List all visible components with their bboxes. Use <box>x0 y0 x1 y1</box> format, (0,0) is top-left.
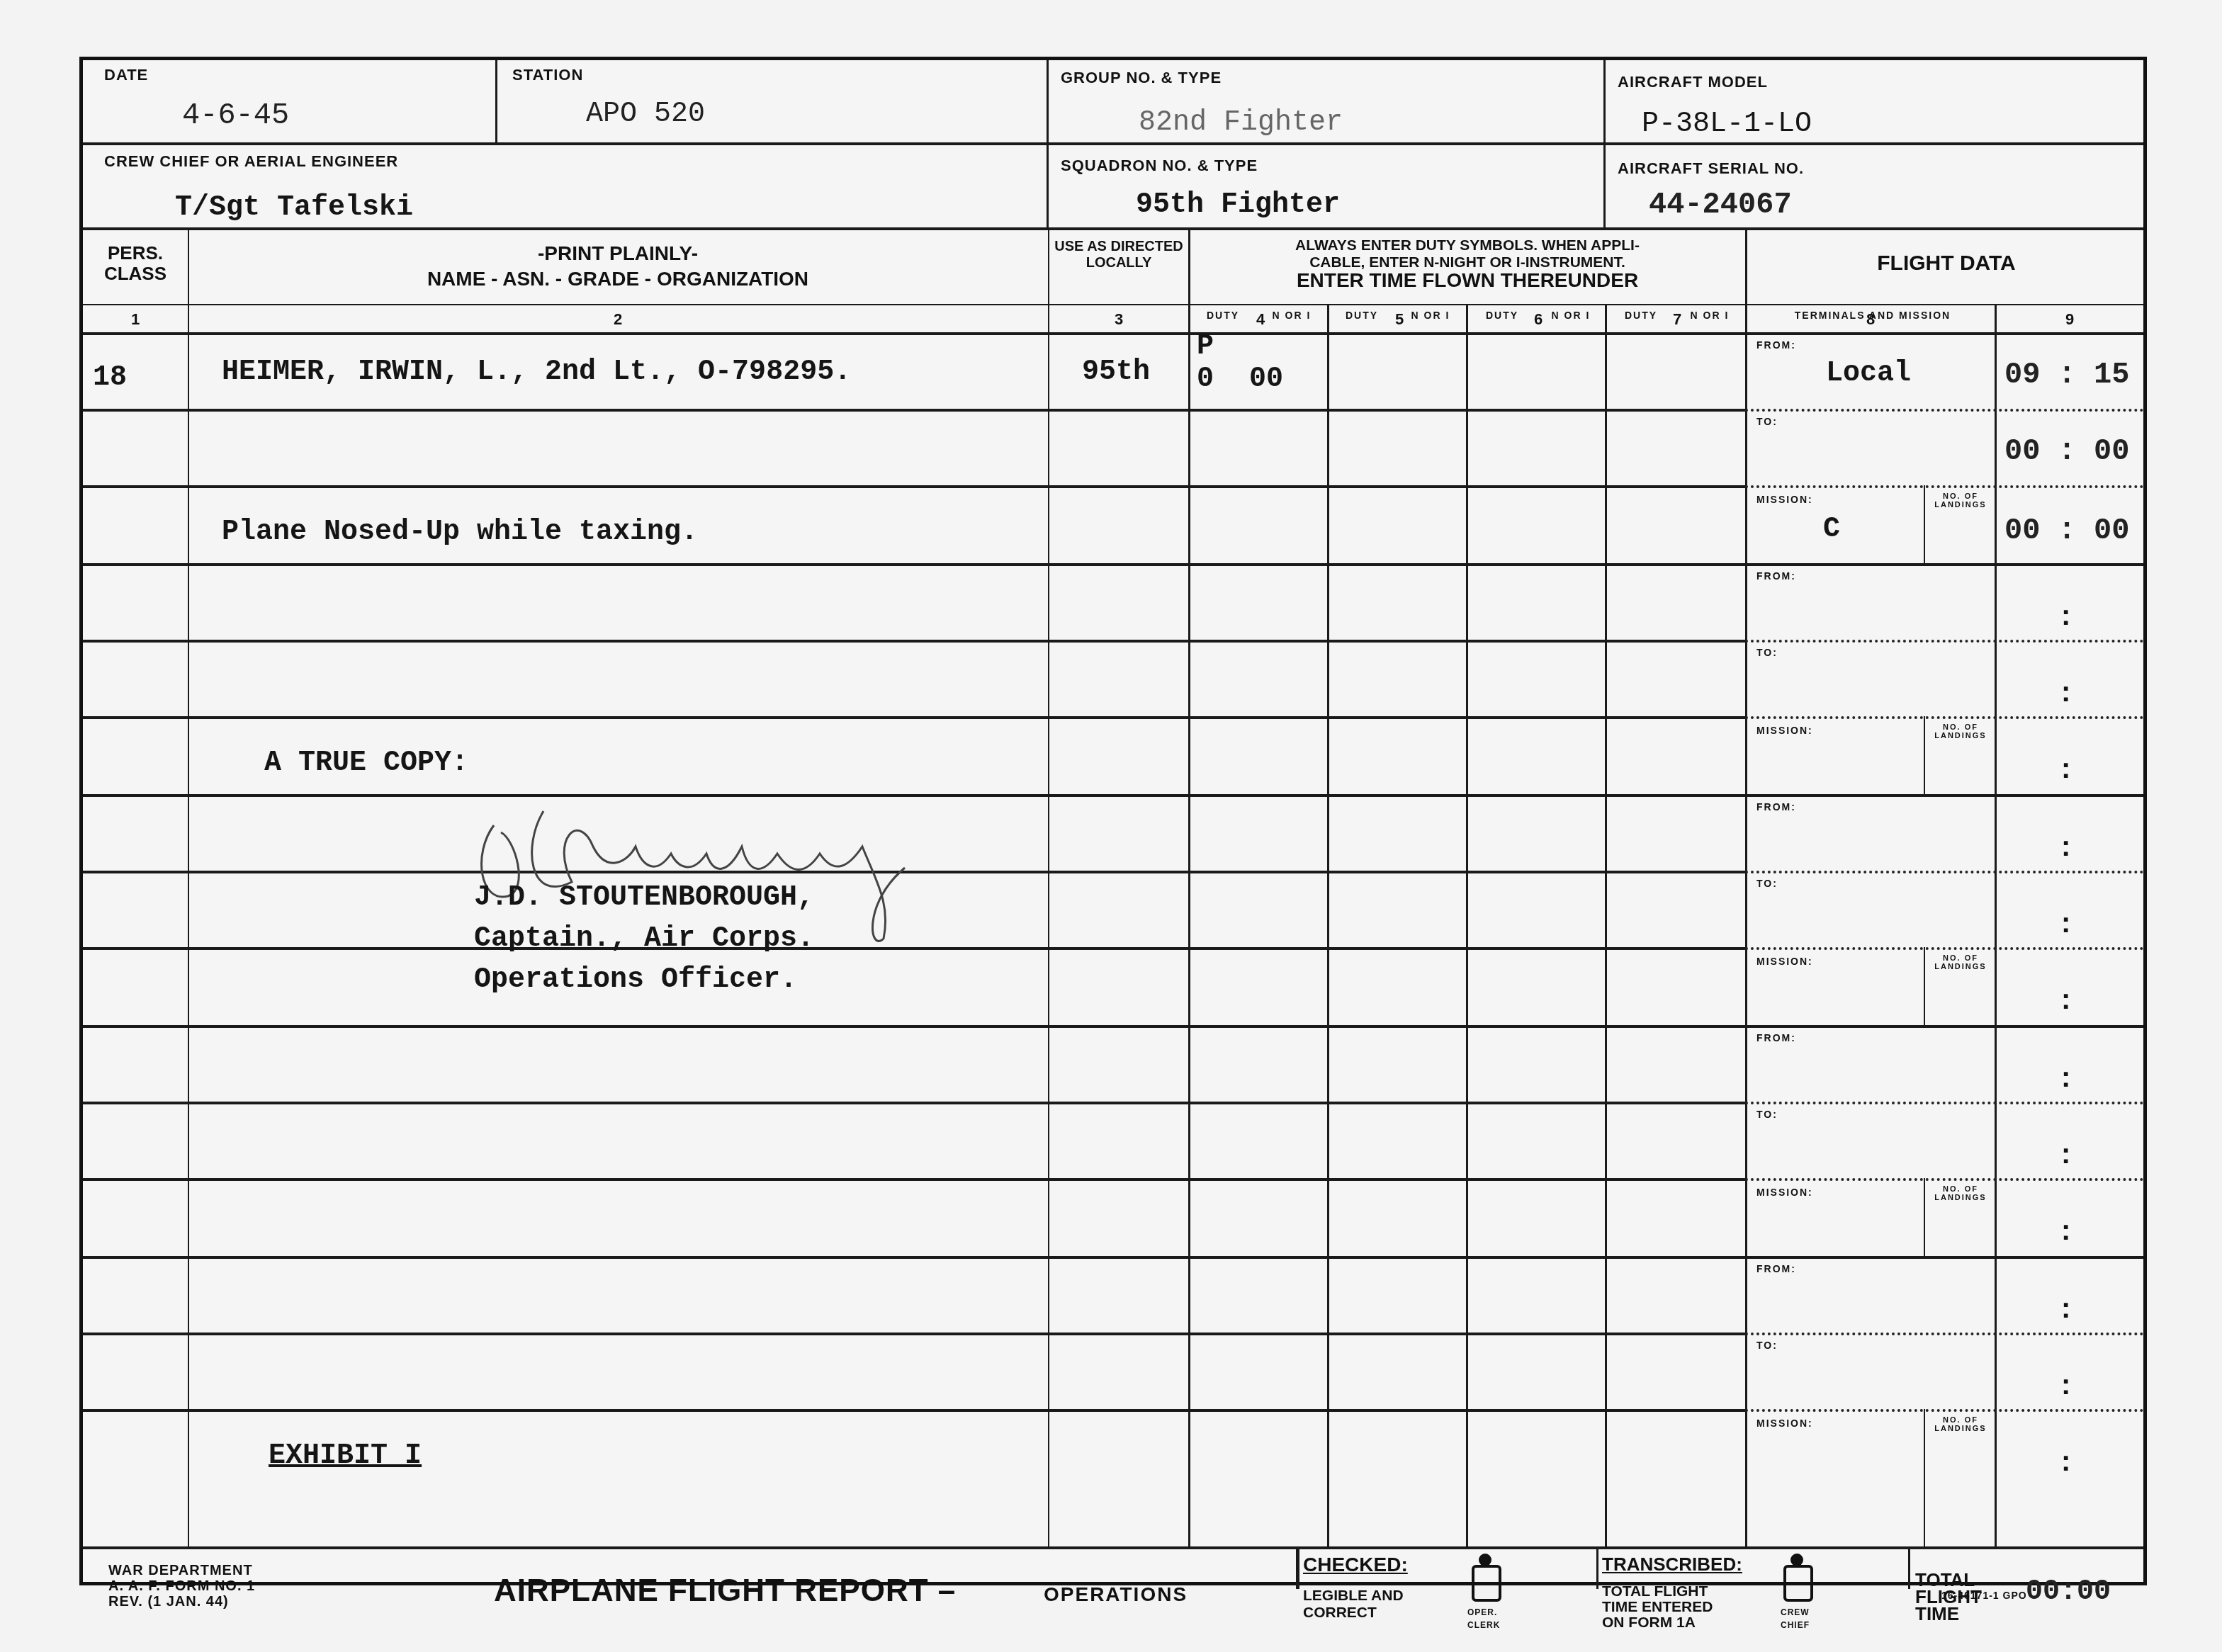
landings-label-4: NO. OF LANDINGS <box>1928 1185 1993 1202</box>
row-line <box>83 640 1745 643</box>
landings-label-5: NO. OF LANDINGS <box>1928 1416 1993 1433</box>
from-time-1[interactable]: 09 : 15 <box>2004 358 2129 392</box>
mission-label-2: MISSION: <box>1756 725 1813 736</box>
dotted-divider <box>1745 871 2143 873</box>
form-title: AIRPLANE FLIGHT REPORT – <box>494 1573 956 1609</box>
divider <box>1297 1549 1299 1589</box>
time-colon: : <box>2061 677 2070 708</box>
row-line <box>83 1333 1745 1335</box>
signer-name: J.D. STOUTENBOROUGH, <box>474 882 814 914</box>
aircraft-model-value[interactable]: P-38L-1-LO <box>1642 108 1812 140</box>
to-label-4: TO: <box>1756 1109 1778 1120</box>
crew-member-name[interactable]: HEIMER, IRWIN, L., 2nd Lt., O-798295. <box>222 356 851 388</box>
row-line <box>83 1025 2143 1028</box>
row-line <box>83 1256 2143 1259</box>
signer-rank: Captain., Air Corps. <box>474 923 814 955</box>
war-department-1: WAR DEPARTMENT <box>108 1563 253 1578</box>
time-colon: : <box>2061 600 2070 632</box>
to-label-1: TO: <box>1756 416 1778 427</box>
aircraft-serial-label: AIRCRAFT SERIAL No. <box>1618 159 1804 178</box>
divider <box>83 227 2143 230</box>
landings-label-2: NO. OF LANDINGS <box>1928 723 1993 740</box>
signer-title: Operations Officer. <box>474 964 797 996</box>
group-value[interactable]: 82nd Fighter <box>1139 107 1343 139</box>
total-label-3: TIME <box>1915 1605 1959 1623</box>
print-code: 16-46171-1 GPO <box>1941 1590 2027 1601</box>
divider <box>1924 1409 1925 1546</box>
station-value[interactable]: APO 520 <box>586 98 705 130</box>
time-colon: : <box>2061 753 2070 785</box>
col-num-7: 7 <box>1608 311 1747 328</box>
form-subtitle: OPERATIONS <box>1044 1583 1188 1606</box>
dotted-divider <box>1745 1409 2143 1412</box>
col-num-2: 2 <box>189 311 1047 328</box>
transcribed-sub-2: TIME ENTERED <box>1602 1599 1713 1616</box>
pers-class-value[interactable]: 18 <box>93 362 127 394</box>
use-locally-value[interactable]: 95th <box>1082 356 1150 388</box>
checked-sub-2: CORRECT <box>1303 1605 1377 1622</box>
divider <box>495 60 497 142</box>
from-label-2: FROM: <box>1756 570 1796 582</box>
divider <box>1047 60 1049 227</box>
col-num-8: 8 <box>1748 311 1993 328</box>
from-label-1: FROM: <box>1756 339 1796 351</box>
print-plainly-header: -PRINT PLAINLY- <box>189 243 1047 265</box>
aircraft-model-label: AIRCRAFT MODEL <box>1618 73 1768 91</box>
pers-class-header: PERS. CLASS <box>83 243 188 283</box>
time-colon: : <box>2061 1138 2070 1170</box>
dotted-divider <box>1745 1178 2143 1181</box>
divider <box>83 332 2143 335</box>
col-num-3: 3 <box>1049 311 1188 328</box>
row-line <box>83 1102 1745 1104</box>
duty-instructions-2: CABLE, ENTER N-NIGHT OR I-INSTRUMENT. <box>1191 254 1744 271</box>
time-colon: : <box>2061 984 2070 1016</box>
landings-label-1: NO. OF LANDINGS <box>1928 492 1993 509</box>
crew-chief-checkbox-icon[interactable] <box>1783 1565 1813 1602</box>
station-label: STATION <box>512 66 583 84</box>
transcribed-sub-1: TOTAL FLIGHT <box>1602 1583 1708 1600</box>
col-num-1: 1 <box>83 311 188 328</box>
duty-instructions-3: ENTER TIME FLOWN THEREUNDER <box>1191 270 1744 292</box>
flight-data-header: FLIGHT DATA <box>1748 251 2145 275</box>
dotted-divider <box>1745 1102 2143 1104</box>
to-label-2: TO: <box>1756 647 1778 658</box>
divider <box>1924 716 1925 794</box>
date-value[interactable]: 4-6-45 <box>182 98 289 132</box>
time-colon: : <box>2061 831 2070 863</box>
dotted-divider <box>1745 716 2143 719</box>
divider <box>1188 227 1190 1546</box>
remark-text: Plane Nosed-Up while taxing. <box>222 516 698 548</box>
crew-chief-value[interactable]: T/Sgt Tafelski <box>175 192 413 224</box>
transcribed-sub-3: ON FORM 1A <box>1602 1614 1696 1631</box>
divider <box>1048 227 1049 1546</box>
war-department-2: A. A. F. FORM No. 1 <box>108 1579 255 1594</box>
mission-label-3: MISSION: <box>1756 956 1813 967</box>
dotted-divider <box>1745 1333 2143 1335</box>
divider <box>83 304 2143 305</box>
group-label: GROUP No. & TYPE <box>1061 69 1222 87</box>
squadron-label: SQUADRON No. & TYPE <box>1061 157 1258 175</box>
duty-time-hours[interactable]: 0 <box>1197 363 1214 395</box>
from-label-5: FROM: <box>1756 1263 1796 1274</box>
divider <box>1924 1178 1925 1256</box>
oper-clerk-label-1: OPER. <box>1467 1607 1497 1617</box>
divider <box>1924 485 1925 563</box>
divider <box>1603 60 1606 227</box>
divider <box>1908 1549 1910 1589</box>
true-copy-text: A TRUE COPY: <box>264 747 468 779</box>
airplane-flight-report-form: DATE 4-6-45 STATION APO 520 GROUP No. & … <box>79 57 2147 1585</box>
war-department-3: REV. (1 JAN. 44) <box>108 1595 229 1609</box>
col-num-6: 6 <box>1469 311 1608 328</box>
row-line <box>83 794 2143 797</box>
time-colon: : <box>2061 1446 2070 1478</box>
divider <box>1924 947 1925 1025</box>
row-line <box>83 1178 1745 1181</box>
time-colon: : <box>2061 1062 2070 1094</box>
checked-sub-1: LEGIBLE AND <box>1303 1588 1404 1605</box>
dotted-divider <box>1745 640 2143 643</box>
squadron-value[interactable]: 95th Fighter <box>1136 189 1340 221</box>
checked-label: CHECKED: <box>1303 1554 1408 1576</box>
divider <box>1327 304 1329 1546</box>
col-num-9: 9 <box>1996 311 2143 328</box>
divider <box>1605 304 1607 1546</box>
dotted-divider <box>1745 485 2143 488</box>
mission-label-4: MISSION: <box>1756 1187 1813 1198</box>
from-label-4: FROM: <box>1756 1032 1796 1043</box>
dotted-divider <box>1745 409 2143 412</box>
divider <box>1995 304 1997 1546</box>
transcribed-label: TRANSCRIBED: <box>1602 1554 1742 1575</box>
col-num-5: 5 <box>1330 311 1469 328</box>
divider <box>1466 304 1468 1546</box>
crew-chief-label-1: CREW <box>1781 1607 1810 1617</box>
from-value-1[interactable]: Local <box>1826 358 1911 390</box>
divider <box>188 227 189 1546</box>
name-asn-grade-header: NAME - ASN. - GRADE - ORGANIZATION <box>189 268 1047 290</box>
dotted-divider <box>1745 947 2143 950</box>
divider <box>83 142 2143 145</box>
divider <box>1745 227 1747 1546</box>
mission-label-1: MISSION: <box>1756 494 1813 505</box>
time-colon: : <box>2061 1215 2070 1247</box>
row-line <box>83 716 1745 719</box>
total-flight-time-value[interactable]: 00:00 <box>2026 1576 2111 1608</box>
duty-instructions-1: ALWAYS ENTER DUTY SYMBOLS. WHEN APPLI- <box>1191 237 1744 254</box>
mission-value-1[interactable]: C <box>1823 514 1840 545</box>
mission-label-5: MISSION: <box>1756 1418 1813 1429</box>
from-label-3: FROM: <box>1756 801 1796 813</box>
time-colon: : <box>2061 907 2070 939</box>
row-line <box>83 1409 1745 1412</box>
row-line <box>83 409 1745 412</box>
to-label-3: TO: <box>1756 878 1778 889</box>
landings-label-3: NO. OF LANDINGS <box>1928 954 1993 971</box>
to-time-1[interactable]: 00 : 00 <box>2004 434 2129 468</box>
to-label-5: TO: <box>1756 1340 1778 1351</box>
use-locally-header: USE AS DIRECTED LOCALLY <box>1049 239 1188 271</box>
time-colon: : <box>2061 1293 2070 1325</box>
row-line <box>83 485 1745 488</box>
date-label: DATE <box>104 66 148 84</box>
oper-clerk-checkbox-icon[interactable] <box>1472 1565 1501 1602</box>
row-line <box>83 1546 2143 1549</box>
oper-clerk-label-2: CLERK <box>1467 1620 1500 1630</box>
exhibit-label: EXHIBIT I <box>269 1440 422 1472</box>
row-line <box>83 563 2143 566</box>
crew-chief-label: CREW CHIEF OR AERIAL ENGINEER <box>104 152 398 171</box>
duty-symbol[interactable]: P <box>1197 331 1214 363</box>
aircraft-serial-value[interactable]: 44-24067 <box>1649 188 1792 222</box>
duty-time-minutes[interactable]: 00 <box>1249 363 1283 395</box>
crew-chief-label-2: CHIEF <box>1781 1620 1810 1630</box>
time-colon: : <box>2061 1369 2070 1401</box>
divider <box>1596 1549 1598 1589</box>
col-num-4: 4 <box>1191 311 1330 328</box>
mission-time-1[interactable]: 00 : 00 <box>2004 514 2129 548</box>
